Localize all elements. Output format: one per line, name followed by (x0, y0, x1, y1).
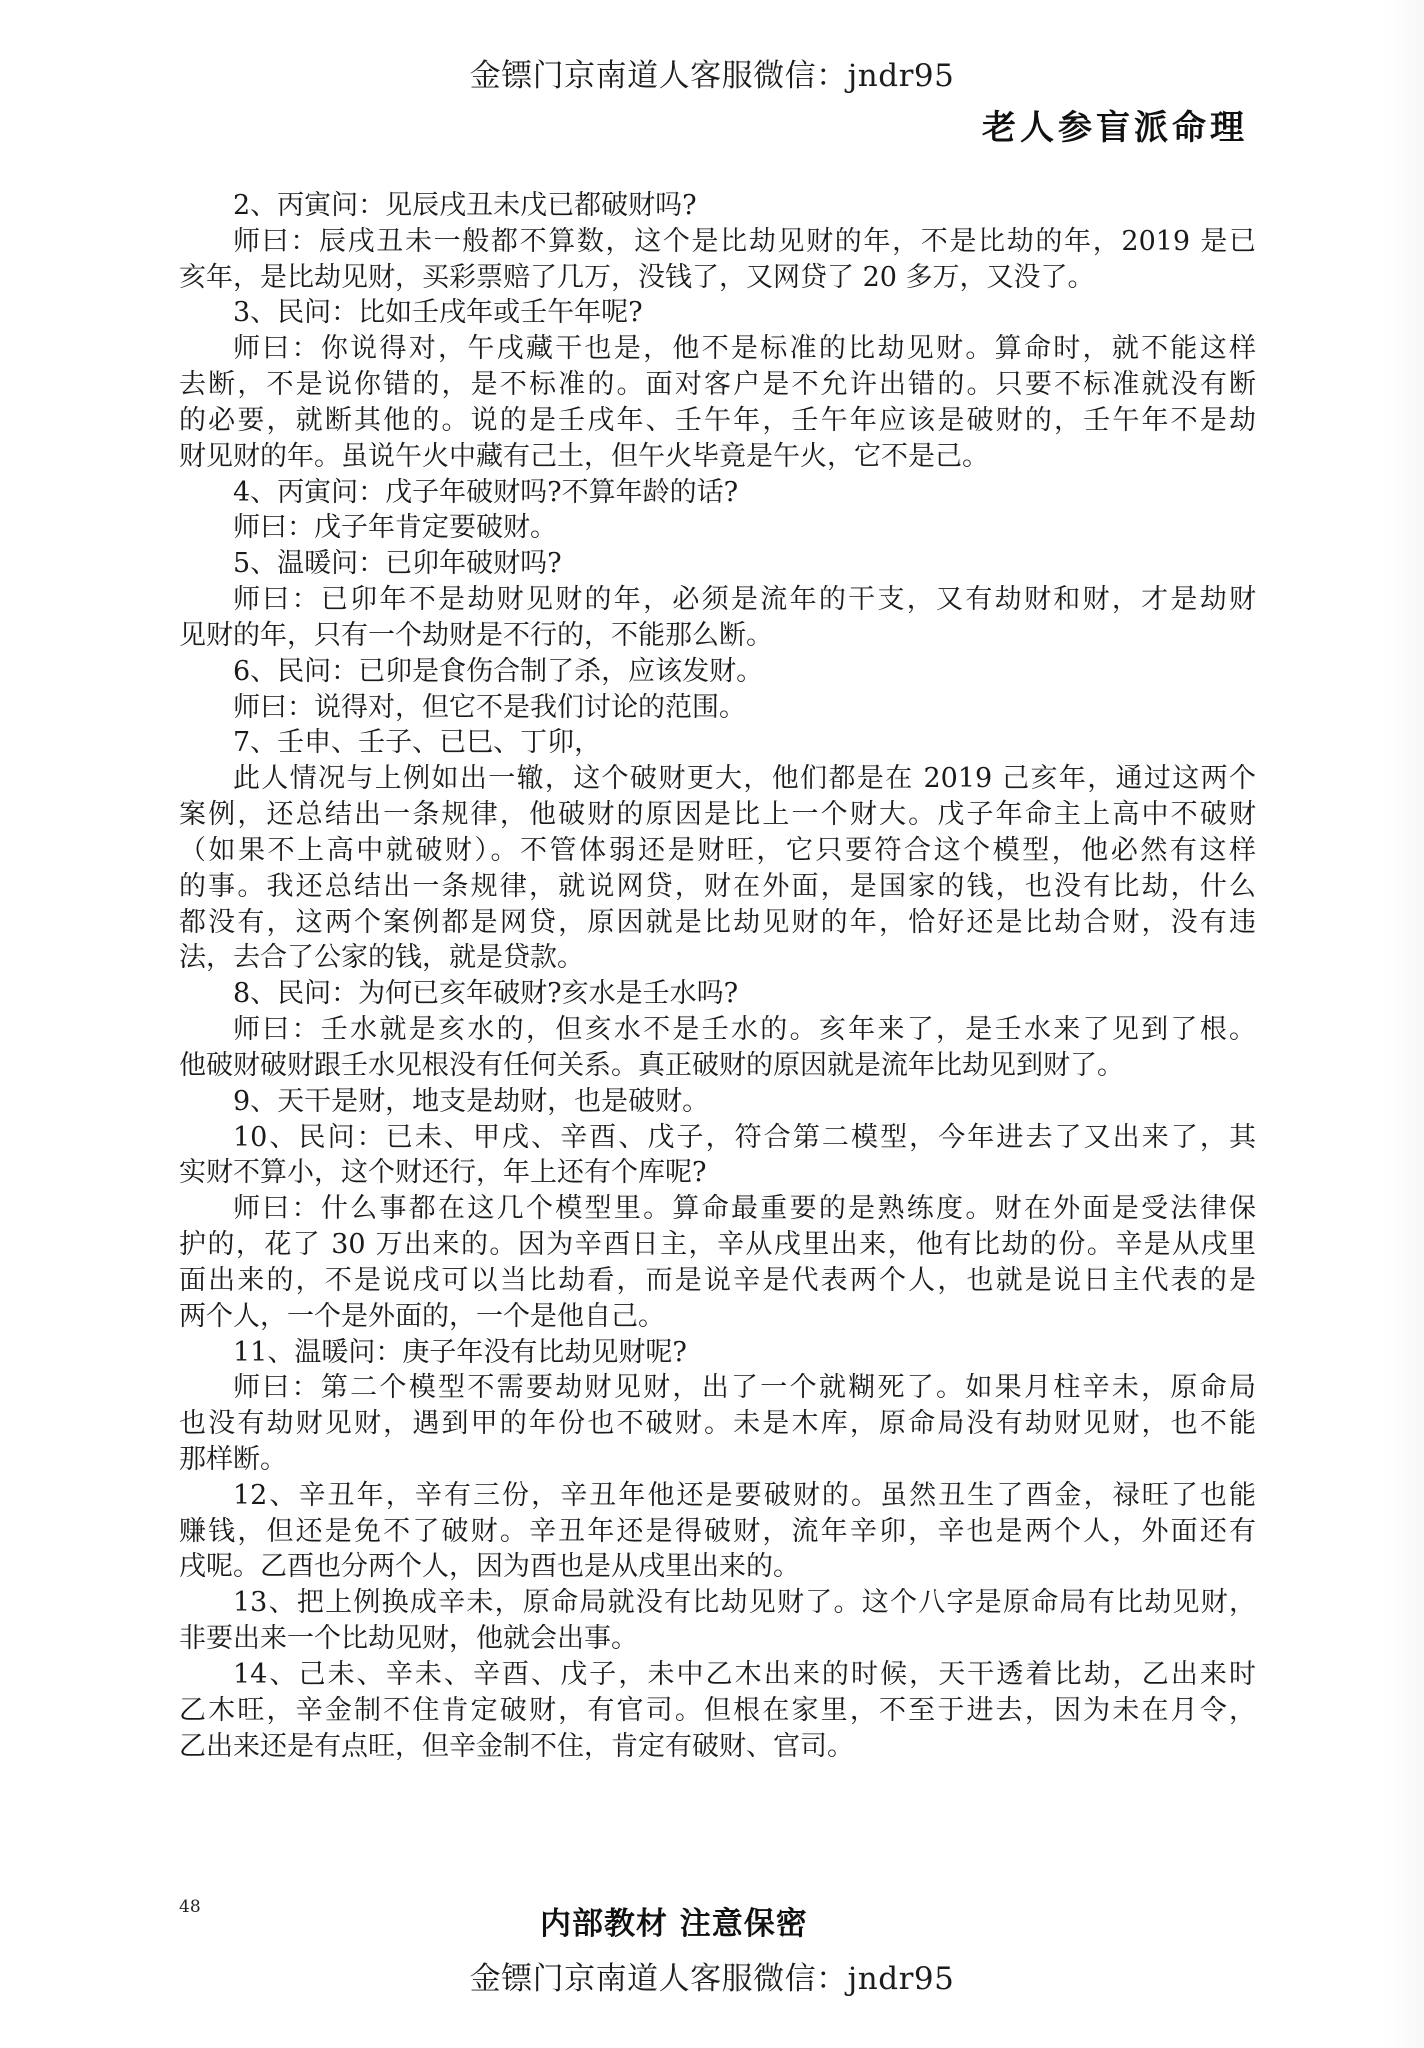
text-line: 6、民问：已卯是食伤合制了杀，应该发财。 (179, 654, 1256, 690)
text-line: 师曰：辰戌丑未一般都不算数，这个是比劫见财的年，不是比劫的年，2019 是已 (179, 224, 1256, 260)
book-title: 老人参盲派命理 (982, 100, 1248, 149)
text-line: 8、民问：为何已亥年破财?亥水是壬水吗? (179, 976, 1256, 1012)
text-line: 也没有劫财见财，遇到甲的年份也不破财。未是木库，原命局没有劫财见财，也不能 (179, 1406, 1256, 1442)
text-line: 都没有，这两个案例都是网贷，原因就是比劫见财的年，恰好还是比劫合财，没有违 (179, 905, 1256, 941)
text-line: 那样断。 (179, 1442, 1256, 1478)
page-number: 48 (179, 1897, 201, 1917)
text-line: （如果不上高中就破财）。不管体弱还是财旺，它只要符合这个模型，他必然有这样 (179, 833, 1256, 869)
text-line: 3、民问：比如壬戌年或壬午年呢? (179, 295, 1256, 331)
text-line: 9、天干是财，地支是劫财，也是破财。 (179, 1084, 1256, 1120)
text-line: 师曰：什么事都在这几个模型里。算命最重要的是熟练度。财在外面是受法律保 (179, 1191, 1256, 1227)
text-line: 5、温暖问：已卯年破财吗? (179, 546, 1256, 582)
text-line: 戌呢。乙酉也分两个人，因为酉也是从戌里出来的。 (179, 1549, 1256, 1585)
text-line: 4、丙寅问：戊子年破财吗?不算年龄的话? (179, 475, 1256, 511)
text-line: 去断，不是说你错的，是不标准的。面对客户是不允许出错的。只要不标准就没有断 (179, 367, 1256, 403)
text-line: 13、把上例换成辛未，原命局就没有比劫见财了。这个八字是原命局有比劫见财， (179, 1585, 1256, 1621)
footer-watermark: 金镖门京南道人客服微信：jndr95 (0, 1953, 1424, 1998)
header-watermark: 金镖门京南道人客服微信：jndr95 (0, 50, 1424, 95)
text-line: 面出来的，不是说戌可以当比劫看，而是说辛是代表两个人，也就是说日主代表的是 (179, 1263, 1256, 1299)
text-line: 案例，还总结出一条规律，他破财的原因是比上一个财大。戊子年命主上高中不破财 (179, 797, 1256, 833)
text-line: 法，去合了公家的钱，就是贷款。 (179, 940, 1256, 976)
text-line: 赚钱，但还是免不了破财。辛丑年还是得破财，流年辛卯，辛也是两个人，外面还有 (179, 1514, 1256, 1550)
text-line: 见财的年，只有一个劫财是不行的，不能那么断。 (179, 618, 1256, 654)
text-line: 实财不算小，这个财还行，年上还有个库呢? (179, 1155, 1256, 1191)
text-line: 亥年，是比劫见财，买彩票赔了几万，没钱了，又网贷了 20 多万，又没了。 (179, 260, 1256, 296)
scan-edge (1384, 0, 1424, 2048)
text-line: 两个人，一个是外面的，一个是他自己。 (179, 1299, 1256, 1335)
body-text: 2、丙寅问：见辰戌丑未戊已都破财吗?师曰：辰戌丑未一般都不算数，这个是比劫见财的… (179, 188, 1256, 1764)
text-line: 12、辛丑年，辛有三份，辛丑年他还是要破财的。虽然丑生了酉金，禄旺了也能 (179, 1478, 1256, 1514)
text-line: 7、壬申、壬子、已巳、丁卯， (179, 725, 1256, 761)
text-line: 师曰：壬水就是亥水的，但亥水不是壬水的。亥年来了，是壬水来了见到了根。 (179, 1012, 1256, 1048)
text-line: 的事。我还总结出一条规律，就说网贷，财在外面，是国家的钱，也没有比劫，什么 (179, 869, 1256, 905)
text-line: 此人情况与上例如出一辙，这个破财更大，他们都是在 2019 己亥年，通过这两个 (179, 761, 1256, 797)
text-line: 护的，花了 30 万出来的。因为辛酉日主，辛从戌里出来，他有比劫的份。辛是从戌里 (179, 1227, 1256, 1263)
text-line: 非要出来一个比劫见财，他就会出事。 (179, 1621, 1256, 1657)
text-line: 14、己未、辛未、辛酉、戊子，未中乙木出来的时候，天干透着比劫，乙出来时 (179, 1657, 1256, 1693)
text-line: 他破财破财跟壬水见根没有任何关系。真正破财的原因就是流年比劫见到财了。 (179, 1048, 1256, 1084)
text-line: 师曰：说得对，但它不是我们讨论的范围。 (179, 690, 1256, 726)
text-line: 财见财的年。虽说午火中藏有己土，但午火毕竟是午火，它不是己。 (179, 439, 1256, 475)
text-line: 10、民问：已未、甲戌、辛酉、戊子，符合第二模型，今年进去了又出来了，其 (179, 1120, 1256, 1156)
confidential-notice: 内部教材 注意保密 (540, 1898, 808, 1943)
text-line: 师曰：戊子年肯定要破财。 (179, 510, 1256, 546)
text-line: 的必要，就断其他的。说的是壬戌年、壬午年，壬午年应该是破财的，壬午年不是劫 (179, 403, 1256, 439)
text-line: 乙出来还是有点旺，但辛金制不住，肯定有破财、官司。 (179, 1729, 1256, 1765)
text-line: 2、丙寅问：见辰戌丑未戊已都破财吗? (179, 188, 1256, 224)
text-line: 11、温暖问：庚子年没有比劫见财呢? (179, 1335, 1256, 1371)
text-line: 师曰：已卯年不是劫财见财的年，必须是流年的干支，又有劫财和财，才是劫财 (179, 582, 1256, 618)
text-line: 乙木旺，辛金制不住肯定破财，有官司。但根在家里，不至于进去，因为未在月令， (179, 1693, 1256, 1729)
text-line: 师曰：你说得对，午戌藏干也是，他不是标准的比劫见财。算命时，就不能这样 (179, 331, 1256, 367)
text-line: 师曰：第二个模型不需要劫财见财，出了一个就糊死了。如果月柱辛未，原命局 (179, 1370, 1256, 1406)
